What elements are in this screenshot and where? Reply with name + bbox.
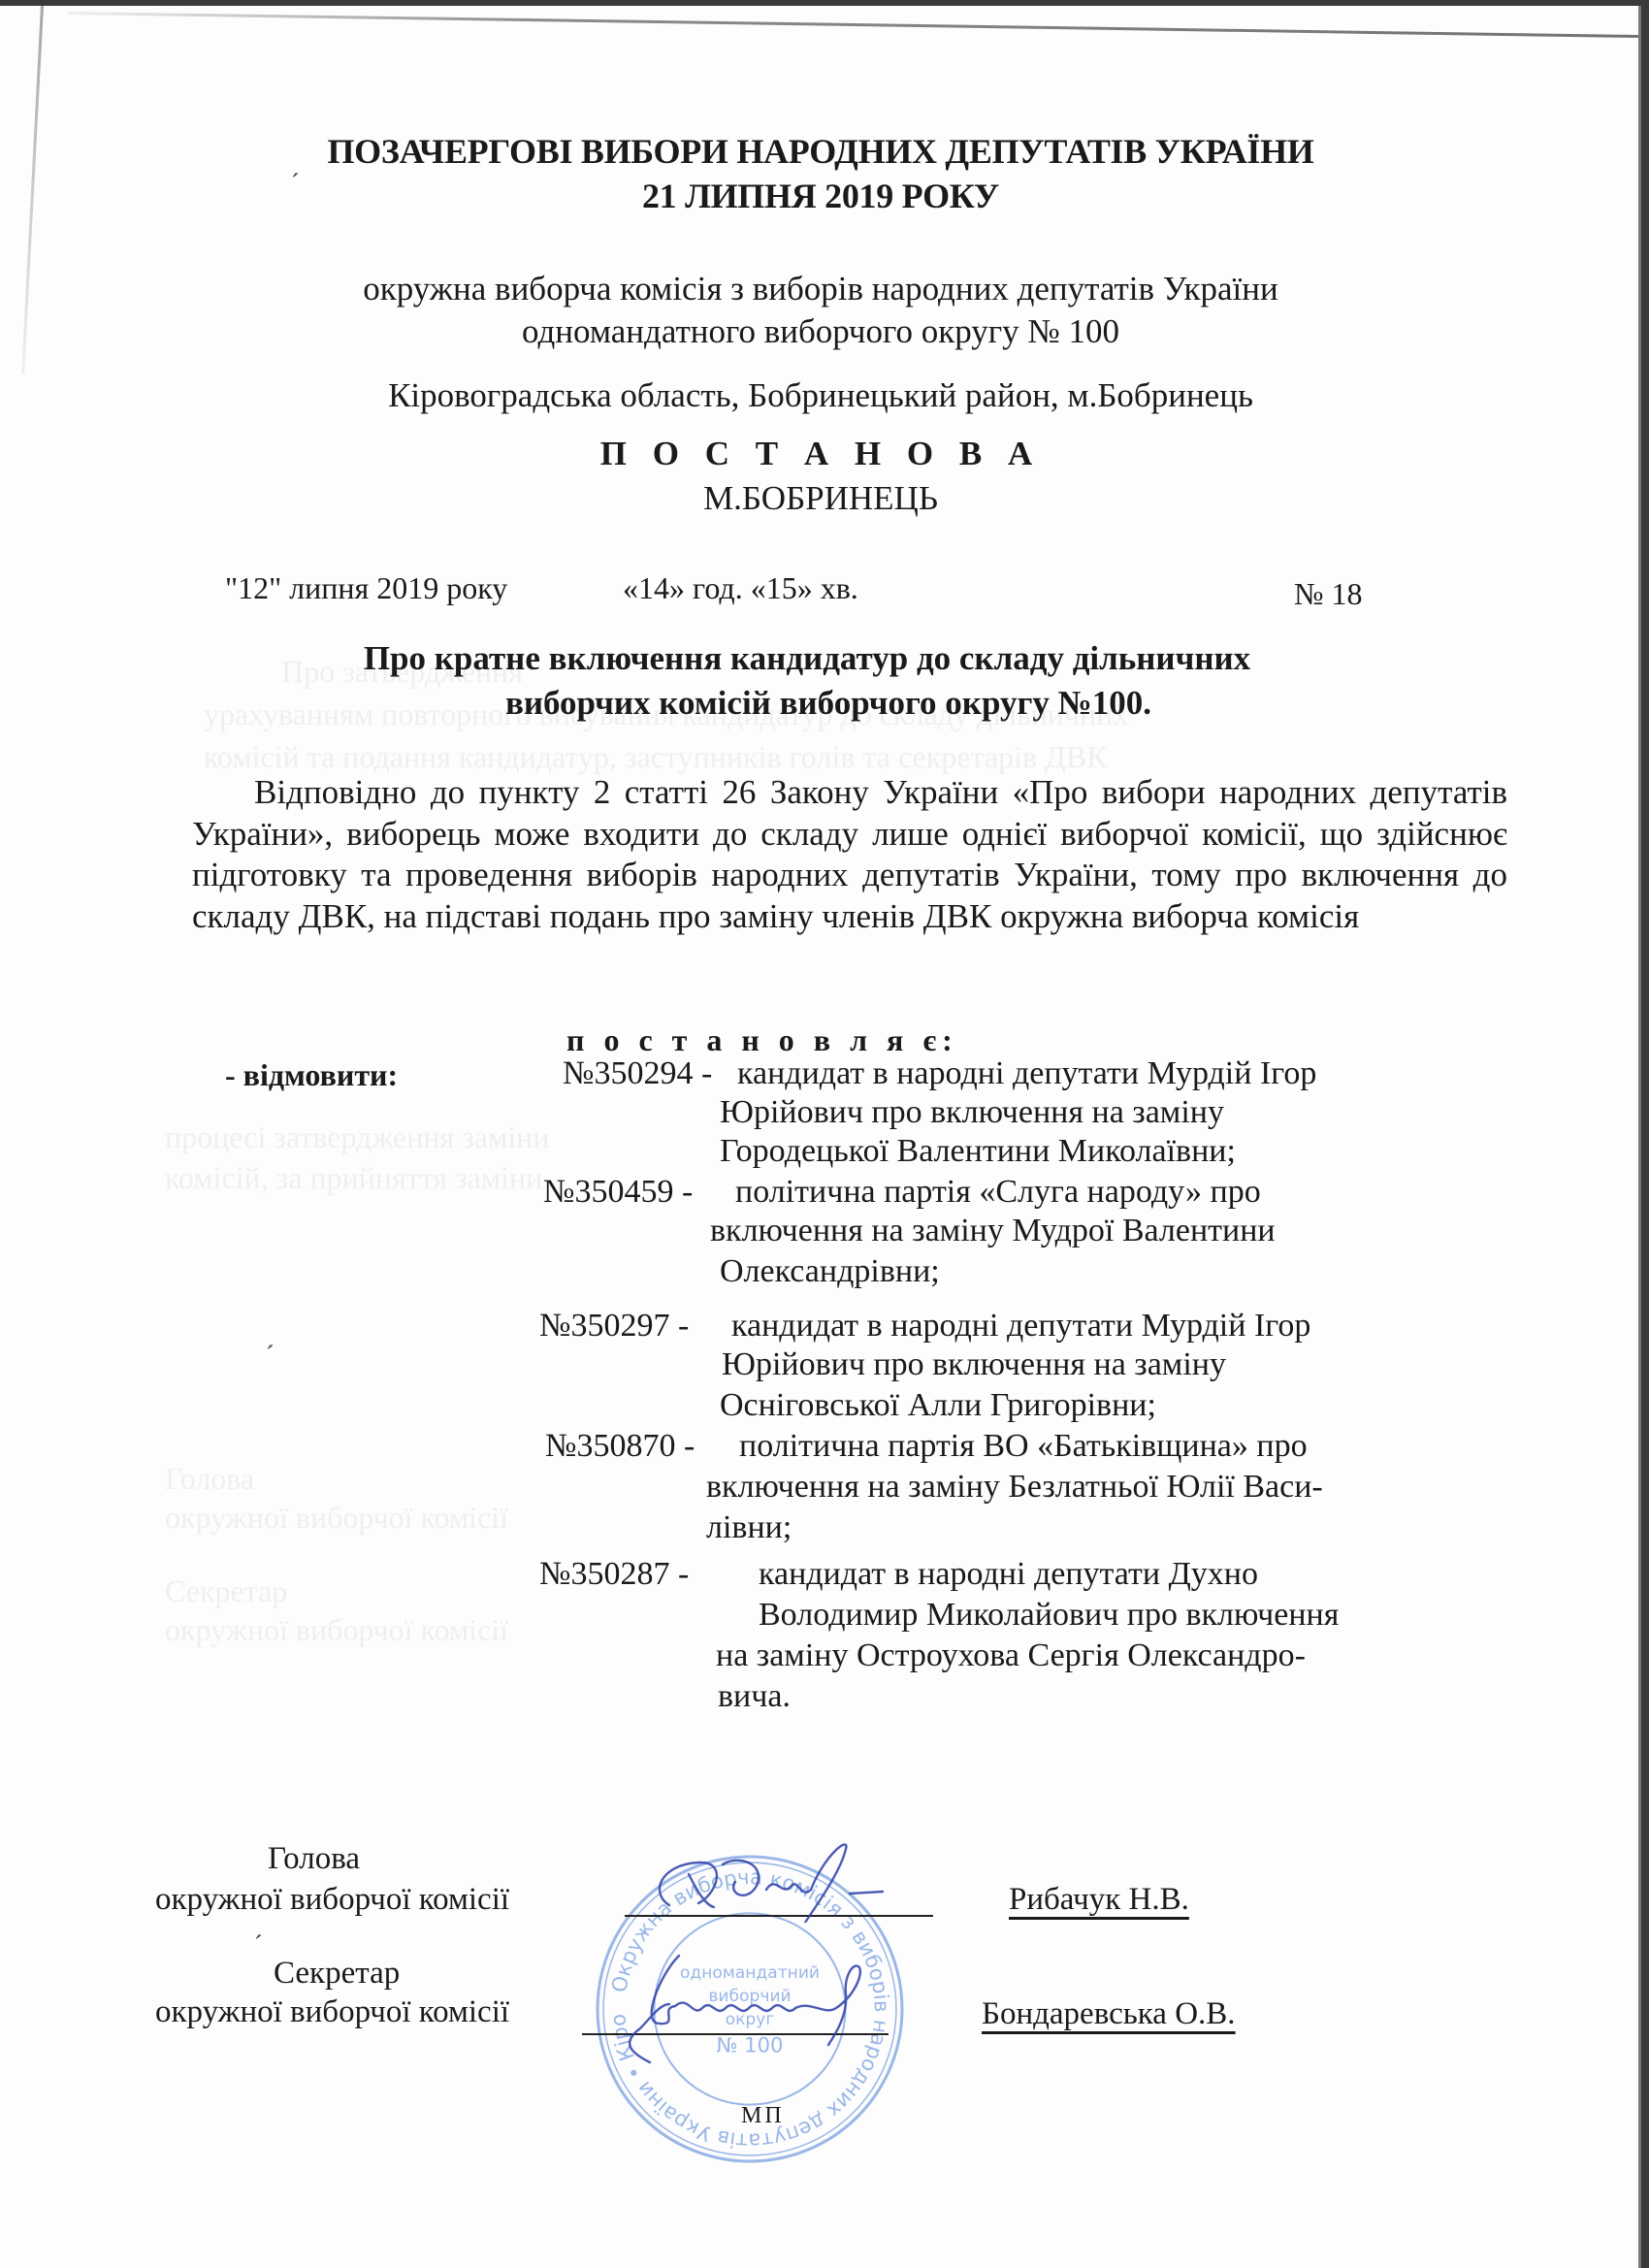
location: Кіровоградська область, Бобринецький рай… bbox=[0, 374, 1641, 417]
item-line: включення на заміну Мудрої Валентини bbox=[710, 1213, 1276, 1249]
secretary-name: Бондаревська О.В. bbox=[982, 1996, 1236, 2032]
resolution-time: «14» год. «15» хв. bbox=[623, 570, 858, 606]
bleed-through-text: окружної виборчої комісії bbox=[165, 1500, 508, 1536]
subject-line-1: Про кратне включення кандидатур до склад… bbox=[0, 636, 1628, 681]
item-line: політична партія ВО «Батьківщина» про bbox=[739, 1428, 1308, 1465]
resolution-date: "12" липня 2019 року bbox=[225, 570, 507, 606]
election-date: 21 ЛИПНЯ 2019 РОКУ bbox=[0, 175, 1641, 217]
subject-line-2: виборчих комісій виборчого округу №100. bbox=[8, 681, 1641, 726]
commission-name: окружна виборча комісія з виборів народн… bbox=[0, 268, 1641, 310]
item-line: кандидат в народні депутати Духно bbox=[759, 1556, 1258, 1593]
bleed-through-text: процесі затвердження заміни bbox=[165, 1119, 549, 1155]
item-number: №350870 - bbox=[545, 1428, 695, 1465]
item-line: вича. bbox=[718, 1678, 791, 1715]
item-line: включення на заміну Безлатньої Юлії Васи… bbox=[706, 1469, 1323, 1506]
item-line: лівни; bbox=[706, 1509, 792, 1546]
action-label: - відмовити: bbox=[225, 1057, 398, 1093]
bleed-through-text: комісій, за прийняття заміни bbox=[165, 1160, 542, 1196]
item-line: кандидат в народні депутати Мурдій Ігор bbox=[731, 1308, 1310, 1345]
secretary-role-title: Секретар bbox=[274, 1956, 400, 1992]
bleed-through-text: комісій та подання кандидатур, заступник… bbox=[204, 739, 1108, 775]
chair-role-commission: окружної виборчої комісії bbox=[155, 1882, 509, 1918]
seal-place-label: МП bbox=[741, 2103, 785, 2129]
bleed-through-text: Секретар bbox=[165, 1573, 287, 1609]
chair-name: Рибачук Н.В. bbox=[1009, 1882, 1189, 1918]
item-number: №350459 - bbox=[543, 1174, 693, 1211]
stray-mark: ˊ bbox=[254, 1930, 263, 1960]
item-line: політична партія «Слуга народу» про bbox=[735, 1174, 1261, 1211]
stray-mark: ˊ bbox=[266, 1341, 275, 1370]
item-line: кандидат в народні депутати Мурдій Ігор bbox=[737, 1055, 1316, 1092]
chair-role-title: Голова bbox=[268, 1841, 360, 1877]
district-name: одномандатного виборчого округу № 100 bbox=[0, 310, 1641, 353]
body-paragraph-text: Відповідно до пункту 2 статті 26 Закону … bbox=[192, 773, 1507, 935]
item-number: №350294 - bbox=[563, 1055, 712, 1092]
secretary-role-commission: окружної виборчої комісії bbox=[155, 1994, 509, 2030]
election-title: ПОЗАЧЕРГОВІ ВИБОРИ НАРОДНИХ ДЕПУТАТІВ УК… bbox=[0, 130, 1641, 173]
item-line: Юрійович про включення на заміну bbox=[722, 1346, 1226, 1383]
item-line: Олександрівни; bbox=[720, 1253, 940, 1290]
document-type: П О С Т А Н О В А bbox=[0, 435, 1641, 473]
body-paragraph: Відповідно до пункту 2 статті 26 Закону … bbox=[192, 772, 1507, 937]
item-number: №350297 - bbox=[539, 1308, 689, 1345]
secretary-signature bbox=[582, 1936, 902, 2072]
item-line: на заміну Остроухова Сергія Олександро- bbox=[716, 1637, 1306, 1674]
bleed-through-text: окружної виборчої комісії bbox=[165, 1612, 508, 1648]
bleed-through-text: Голова bbox=[165, 1461, 254, 1497]
resolution-number: № 18 bbox=[1294, 576, 1363, 612]
scanned-document-page: Про затвердження урахуванням повторного … bbox=[0, 6, 1641, 2268]
item-line: Володимир Миколайович про включення bbox=[759, 1597, 1339, 1634]
item-line: Осніговської Алли Григорівни; bbox=[720, 1387, 1156, 1424]
chair-signature bbox=[621, 1835, 931, 1923]
item-number: №350287 - bbox=[539, 1556, 689, 1593]
item-line: Юрійович про включення на заміну bbox=[720, 1094, 1224, 1131]
item-line: Городецької Валентини Миколаївни; bbox=[720, 1133, 1236, 1170]
decision-heading: п о с т а н о в л я є: bbox=[566, 1022, 958, 1058]
document-city: М.БОБРИНЕЦЬ bbox=[0, 479, 1641, 518]
scan-edge-top bbox=[68, 12, 1639, 38]
